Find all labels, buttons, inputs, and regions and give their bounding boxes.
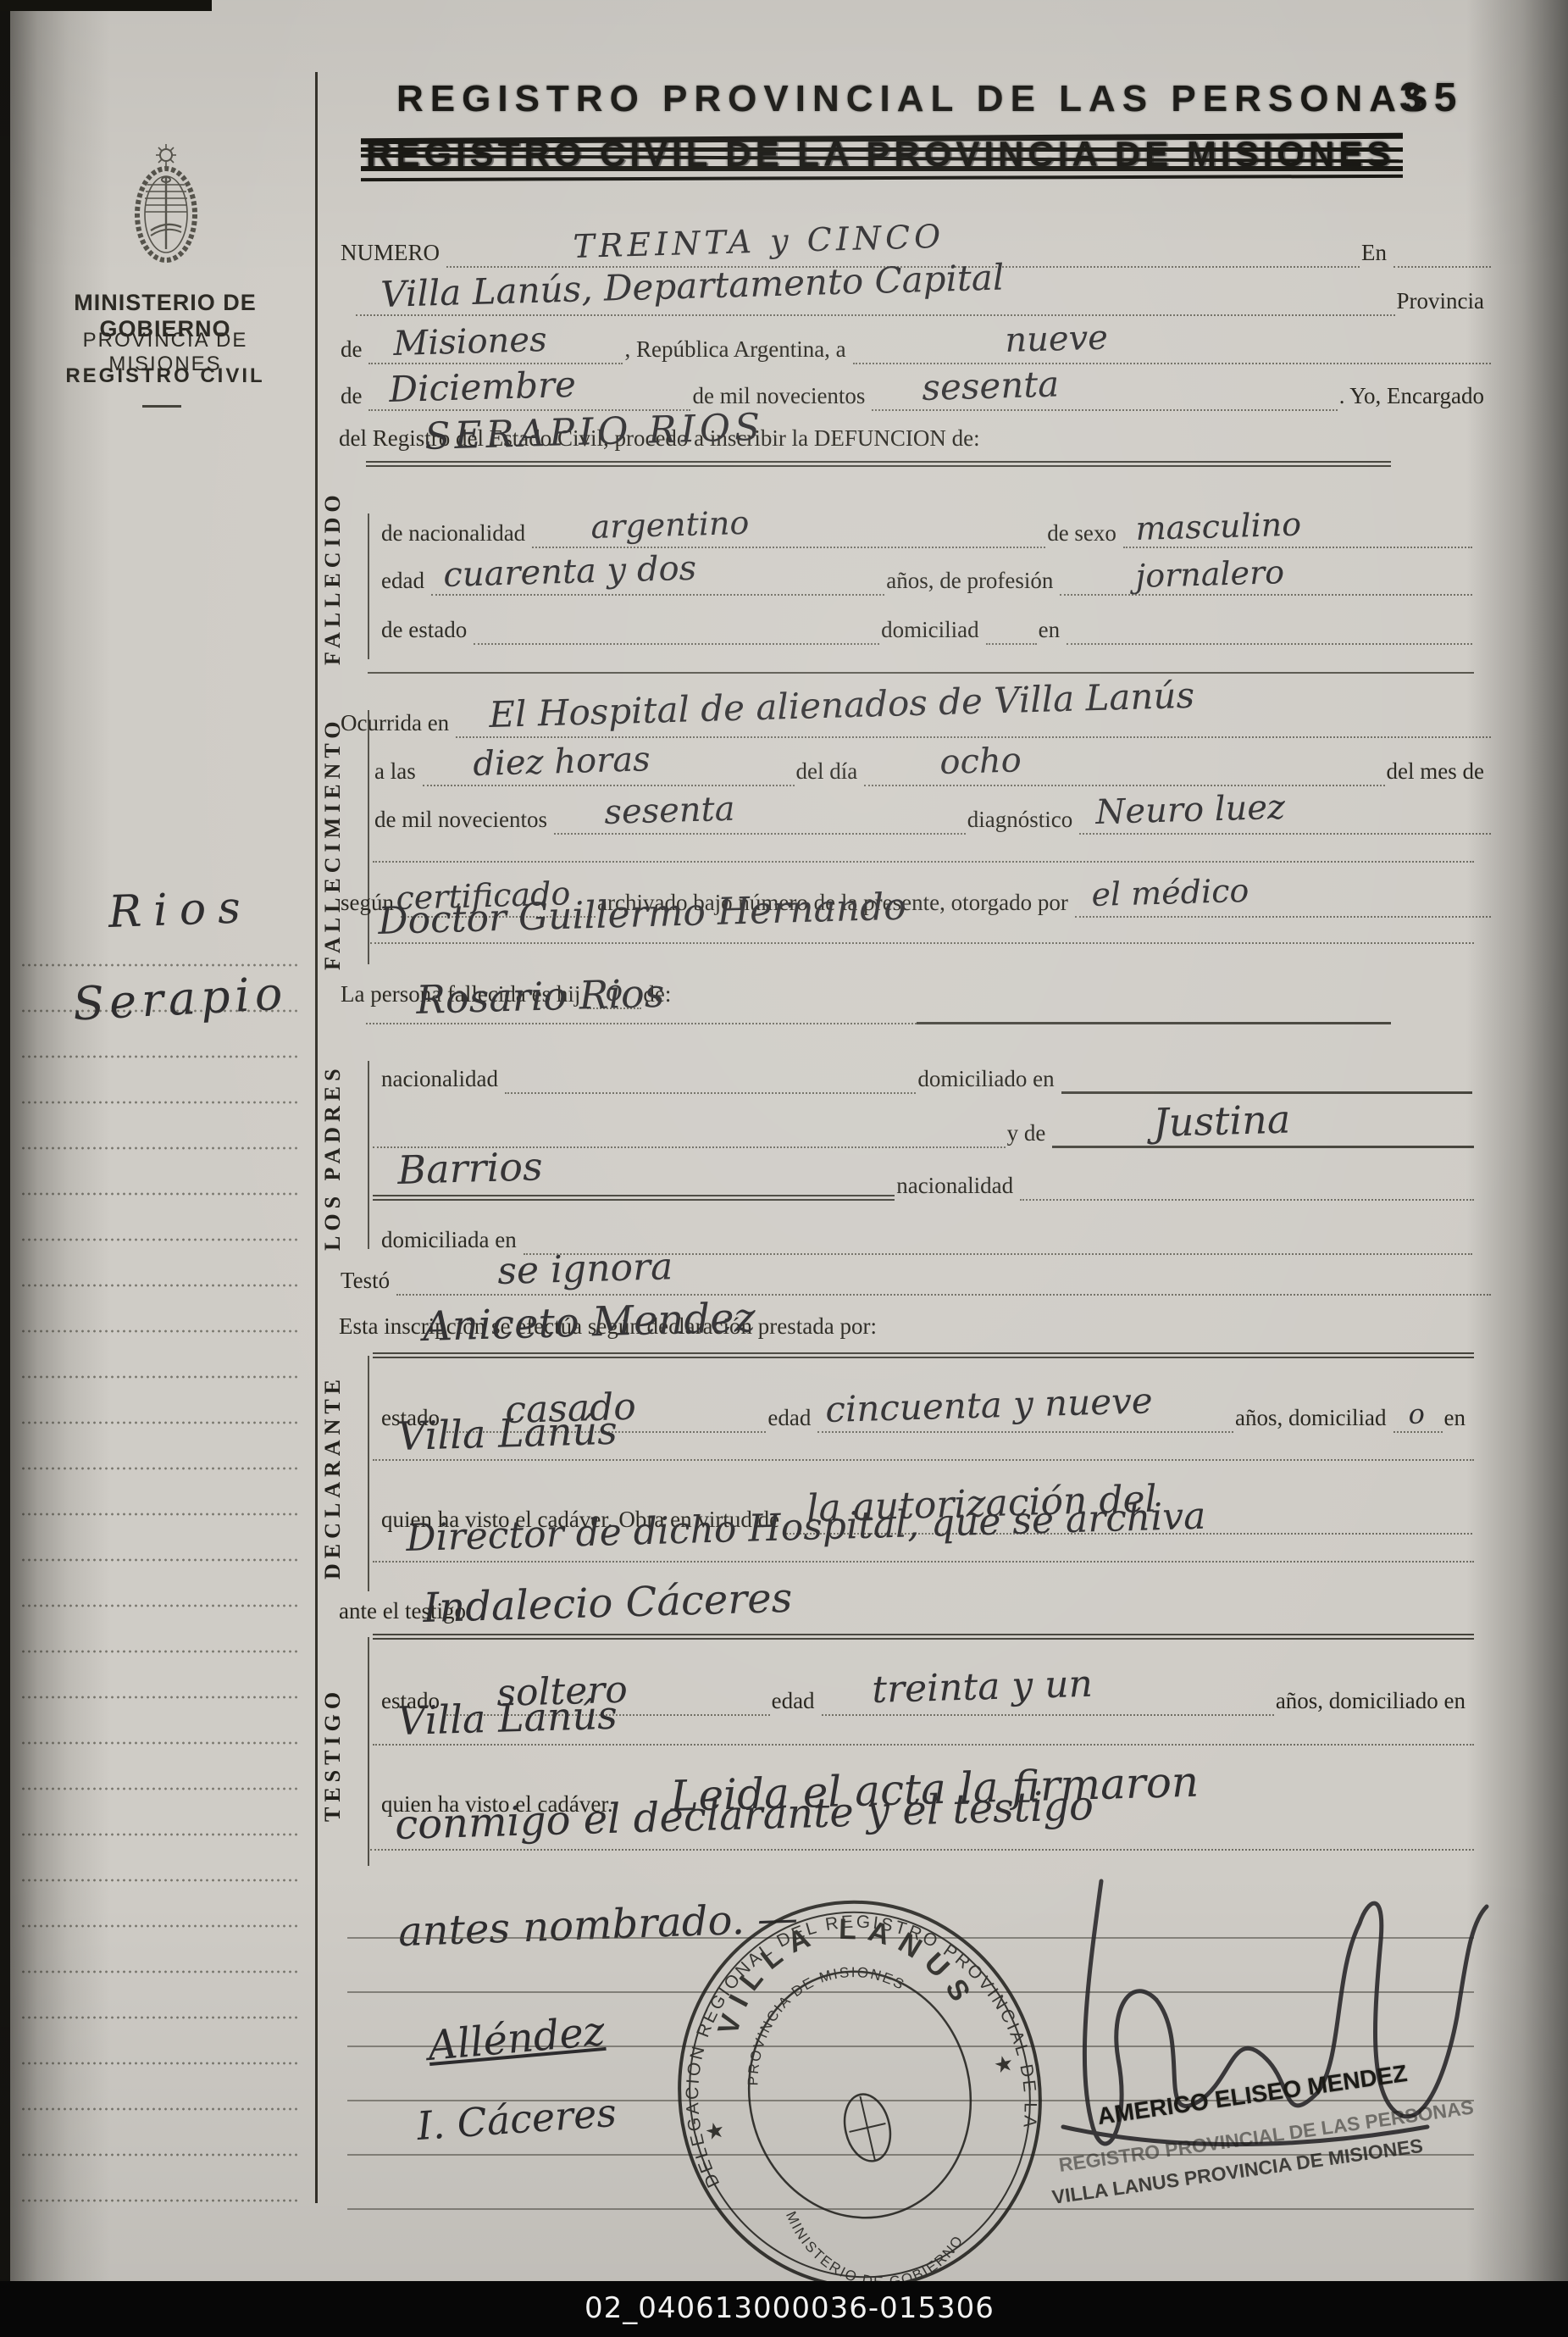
declarant-domicile-row: Villa Lanús bbox=[373, 1456, 1474, 1461]
province-date-row: de Misiones , República Argentina, a nue… bbox=[339, 336, 1491, 364]
section-label-declarante: DECLARANTE bbox=[320, 1354, 346, 1600]
declarante-edad-field: cincuenta y nueve bbox=[817, 1428, 1233, 1433]
declarant-name-row: Aniceto Mendez bbox=[373, 1349, 1474, 1358]
mother-surname-handwritten: Barrios bbox=[397, 1146, 543, 1190]
testigo-edad-handwritten: treinta y un bbox=[871, 1666, 1093, 1709]
declarante-domiciliado-label: años, domiciliad bbox=[1233, 1405, 1393, 1433]
section-divider-line bbox=[368, 672, 1474, 674]
domicilio-en-field bbox=[1067, 640, 1472, 645]
doctor-field: Doctor Guillermo Hernando bbox=[370, 939, 1474, 944]
estado-label: de estado bbox=[380, 617, 474, 645]
sexo-field: masculino bbox=[1123, 543, 1472, 548]
declarante-edad-handwritten: cincuenta y nueve bbox=[825, 1383, 1153, 1428]
testigo-bracket bbox=[368, 1637, 369, 1866]
hora-handwritten: diez horas bbox=[473, 742, 651, 781]
declarant-name-handwritten: Aniceto Mendez bbox=[423, 1297, 756, 1347]
strike-line bbox=[361, 175, 1403, 181]
deceased-name-field: SERAPIO RIOS bbox=[366, 458, 1391, 467]
year-field: sesenta bbox=[872, 406, 1337, 411]
declarant-domicile-handwritten: Villa Lanús bbox=[397, 1411, 618, 1456]
testo-label: Testó bbox=[339, 1268, 396, 1296]
place-row: Villa Lanús, Departamento Capital Provin… bbox=[356, 288, 1491, 316]
padres-nacionalidad-label: nacionalidad bbox=[380, 1066, 505, 1094]
edad-label: edad bbox=[380, 568, 431, 596]
nacionalidad-field: argentino bbox=[532, 543, 1045, 548]
hora-dia-row: a las diez horas del día ocho del mes de bbox=[373, 758, 1491, 786]
folio-number-stamp: 35 bbox=[1399, 75, 1468, 121]
father-field: Rosario Rios bbox=[366, 1019, 917, 1024]
testo-handwritten: se ignora bbox=[497, 1248, 673, 1291]
encargado-label: . Yo, Encargado bbox=[1338, 383, 1491, 411]
novecientos-label2: de mil novecientos bbox=[373, 807, 554, 835]
provincia-label: Provincia bbox=[1395, 288, 1491, 316]
estado-domicilio-row: de estado domiciliad en bbox=[380, 617, 1472, 645]
declarante-edad-label: edad bbox=[766, 1405, 817, 1433]
dia-field: ocho bbox=[864, 781, 1384, 786]
strike-line bbox=[361, 147, 1403, 152]
seal-star-icon: ★ bbox=[991, 2050, 1016, 2079]
padres-domiciliado-label: domiciliado en bbox=[916, 1066, 1061, 1094]
profesion-field: jornalero bbox=[1060, 591, 1472, 596]
domiciliado-label: domiciliad bbox=[879, 617, 985, 645]
month-handwritten: Diciembre bbox=[389, 367, 577, 408]
sexo-label: de sexo bbox=[1045, 520, 1123, 548]
declarante-en-label: en bbox=[1443, 1405, 1472, 1433]
section-label-padres: LOS PADRES bbox=[320, 1057, 346, 1257]
doctor-row: Doctor Guillermo Hernando bbox=[370, 939, 1474, 944]
declarante-domicilio-fill: o bbox=[1393, 1428, 1443, 1433]
diagnostico-field: Neuro luez bbox=[1079, 830, 1491, 835]
nacionalidad-handwritten: argentino bbox=[590, 507, 750, 543]
testigo-domiciliado-label: años, domiciliado en bbox=[1274, 1688, 1472, 1716]
scan-id: 02_040613000036-015306 bbox=[585, 2291, 995, 2325]
scan-left-edge bbox=[0, 0, 10, 2337]
padres-bracket bbox=[368, 1061, 369, 1249]
deceased-name-row: SERAPIO RIOS bbox=[366, 458, 1391, 467]
de-label: de bbox=[339, 336, 368, 364]
nacionalidad-label: de nacionalidad bbox=[380, 520, 532, 548]
margin-note-given-name: Serapio bbox=[72, 970, 289, 1027]
anio-field: sesenta bbox=[554, 830, 966, 835]
ocurrida-field: El Hospital de alienados de Villa Lanús bbox=[456, 733, 1491, 738]
witness-name-row: Indalecio Cáceres bbox=[373, 1630, 1474, 1640]
numero-handwritten: TREINTA y CINCO bbox=[573, 220, 945, 263]
blank-field bbox=[373, 858, 1474, 863]
father-field-rule bbox=[917, 1019, 1391, 1024]
day-handwritten: nueve bbox=[1005, 321, 1109, 358]
edad-handwritten: cuarenta y dos bbox=[443, 552, 697, 592]
registry-office-subtitle: REGISTRO CIVIL bbox=[25, 364, 305, 388]
padres-nacionalidad-field bbox=[505, 1089, 916, 1094]
director-row: Director de dicho Hospital, que se archi… bbox=[373, 1557, 1474, 1563]
province-field: Misiones bbox=[368, 359, 623, 364]
deceased-name-handwritten: SERAPIO RIOS bbox=[424, 409, 765, 456]
margin-ruling-dotted-lines bbox=[20, 932, 300, 2203]
witness-name-field: Indalecio Cáceres bbox=[373, 1630, 1474, 1640]
ocurrida-handwritten: El Hospital de alienados de Villa Lanús bbox=[489, 678, 1195, 733]
nationality-sex-row: de nacionalidad argentino de sexo mascul… bbox=[380, 520, 1472, 548]
strike-line bbox=[361, 166, 1403, 171]
testo-row: Testó se ignora bbox=[339, 1268, 1491, 1296]
otorgado-field: el médico bbox=[1075, 913, 1491, 918]
anio-handwritten: sesenta bbox=[604, 792, 735, 830]
witness-domicile-row: Villa Lanús bbox=[373, 1740, 1474, 1746]
declarant-domicile-field: Villa Lanús bbox=[373, 1456, 1474, 1461]
en-field bbox=[1393, 263, 1491, 268]
alas-label: a las bbox=[373, 758, 423, 786]
mother-nationality-field bbox=[1020, 1196, 1474, 1201]
de-label2: de bbox=[339, 383, 368, 411]
scan-footer-bar: 02_040613000036-015306 bbox=[0, 2281, 1568, 2337]
sexo-handwritten: masculino bbox=[1135, 508, 1302, 545]
mother-given-field: Justina bbox=[1052, 1142, 1474, 1148]
day-field: nueve bbox=[853, 359, 1491, 364]
form-left-border bbox=[315, 72, 318, 2203]
domicilio-fill-field bbox=[986, 640, 1037, 645]
witness-domicile-handwritten: Villa Lanús bbox=[397, 1696, 618, 1740]
republica-label: , República Argentina, a bbox=[623, 336, 852, 364]
director-field: Director de dicho Hospital, que se archi… bbox=[373, 1557, 1474, 1563]
estado-field bbox=[474, 640, 879, 645]
diagnostico-label: diagnóstico bbox=[966, 807, 1079, 835]
father-handwritten: Rosario Rios bbox=[416, 974, 665, 1019]
registry-header-title: REGISTRO PROVINCIAL DE LAS PERSONAS bbox=[396, 78, 1434, 120]
province-handwritten: Misiones bbox=[393, 323, 547, 361]
declarante-fill-o: o bbox=[1408, 1400, 1425, 1428]
yde-label: y de bbox=[1006, 1120, 1053, 1148]
section-label-fallecimiento: FALLECIMIENTO bbox=[320, 703, 346, 983]
mes-label: del mes de bbox=[1385, 758, 1491, 786]
fallecimiento-bracket bbox=[368, 710, 369, 964]
diagnostico-handwritten: Neuro luez bbox=[1095, 791, 1286, 830]
section-label-testigo: TESTIGO bbox=[320, 1635, 346, 1873]
en-label2: en bbox=[1037, 617, 1067, 645]
mother-surname-row: Barrios nacionalidad bbox=[373, 1173, 1474, 1201]
year-handwritten: sesenta bbox=[922, 366, 1060, 406]
otorgado-handwritten: el médico bbox=[1091, 874, 1249, 911]
sidebar-divider-dash bbox=[142, 405, 181, 408]
round-seal-stamp: DELEGACION REGIONAL DEL REGISTRO PROVINC… bbox=[657, 1883, 1063, 2306]
testo-field: se ignora bbox=[396, 1291, 1491, 1296]
mother-surname-field: Barrios bbox=[373, 1191, 895, 1201]
hora-field: diez horas bbox=[423, 781, 795, 786]
mes-anio-row: de mil novecientos sesenta diagnóstico N… bbox=[373, 807, 1491, 835]
mother-given-handwritten: Justina bbox=[1153, 1099, 1291, 1142]
testigo-edad-label: edad bbox=[770, 1688, 822, 1716]
edad-field: cuarenta y dos bbox=[431, 591, 884, 596]
testigo-edad-field: treinta y un bbox=[822, 1711, 1274, 1716]
ocurrida-label: Ocurrida en bbox=[339, 710, 456, 738]
declarante-bracket bbox=[368, 1356, 369, 1591]
place-field: Villa Lanús, Departamento Capital bbox=[356, 311, 1395, 316]
death-certificate-scan: MINISTERIO DE GOBIERNO PROVINCIA DE MISI… bbox=[0, 0, 1568, 2337]
coat-of-arms-icon bbox=[125, 142, 207, 269]
fallecido-bracket bbox=[368, 513, 369, 659]
section-label-fallecido: FALLECIDO bbox=[320, 508, 346, 665]
profesion-label: años, de profesión bbox=[884, 568, 1060, 596]
ocurrida-row: Ocurrida en El Hospital de alienados de … bbox=[339, 710, 1491, 738]
month-year-row: de Diciembre de mil novecientos sesenta … bbox=[339, 383, 1491, 411]
age-profession-row: edad cuarenta y dos años, de profesión j… bbox=[380, 568, 1472, 596]
witness-domicile-field: Villa Lanús bbox=[373, 1740, 1474, 1746]
father-row: Rosario Rios bbox=[366, 1019, 1391, 1024]
scan-top-edge bbox=[0, 0, 212, 11]
en-label: En bbox=[1360, 240, 1393, 268]
dia-handwritten: ocho bbox=[939, 743, 1022, 780]
padres-domicilio-field bbox=[1061, 1088, 1472, 1094]
witness-name-handwritten: Indalecio Cáceres bbox=[423, 1578, 793, 1629]
profesion-handwritten: jornalero bbox=[1135, 556, 1285, 592]
father-nationality-row: nacionalidad domiciliado en bbox=[380, 1066, 1472, 1094]
padres-nacionalidad2-label: nacionalidad bbox=[895, 1173, 1020, 1201]
margin-note-surname: Rios bbox=[108, 885, 252, 935]
dia-label: del día bbox=[795, 758, 865, 786]
blank-rule-row bbox=[373, 858, 1474, 863]
declarant-name-field: Aniceto Mendez bbox=[373, 1349, 1474, 1358]
numero-label: NUMERO bbox=[339, 240, 446, 268]
crossed-out-old-title: REGISTRO CIVIL DE LA PROVINCIA DE MISION… bbox=[366, 134, 1395, 183]
